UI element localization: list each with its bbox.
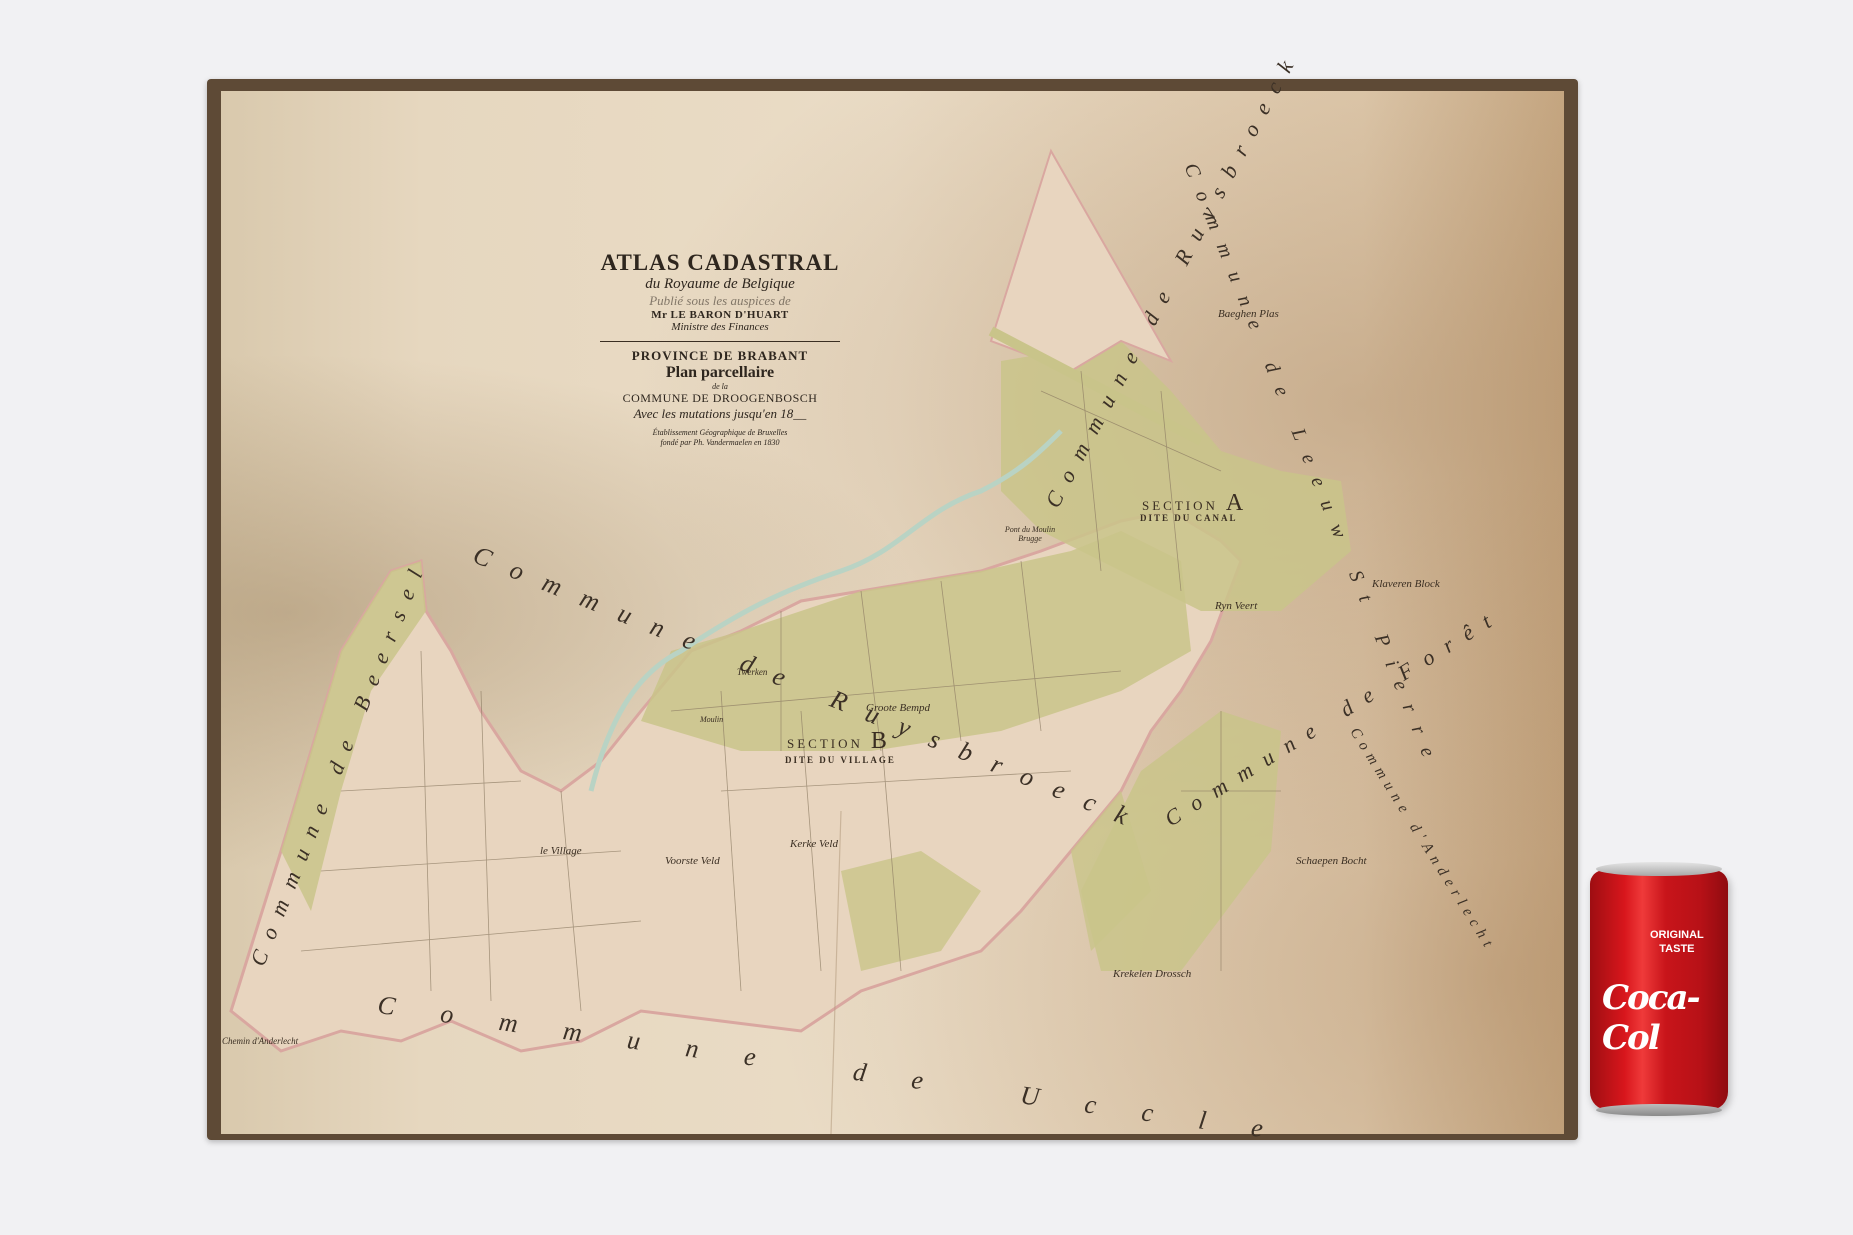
- coca-cola-can: ORIGINAL TASTE Coca-Col: [1590, 870, 1728, 1110]
- place-schaepen-bocht: Schaepen Bocht: [1296, 855, 1367, 867]
- place-krekelen-drossch: Krekelen Drossch: [1113, 968, 1191, 980]
- place-baeghen-plas: Baeghen Plas: [1218, 308, 1279, 320]
- section-b-subtitle: DITE DU VILLAGE: [785, 755, 896, 765]
- auspices-line: Publié sous les auspices de: [600, 293, 840, 309]
- can-logo: Coca-Col: [1602, 978, 1728, 1058]
- place-pont-moulin: Pont du Moulin Brugge: [1000, 525, 1060, 543]
- can-original-taste: ORIGINAL TASTE: [1650, 928, 1704, 956]
- place-moulin: Moulin: [700, 715, 723, 724]
- place-groote-bempd: Groote Bempd: [866, 702, 930, 714]
- can-base: [1596, 1104, 1722, 1116]
- place-chemin-anderlecht: Chemin d'Anderlecht: [222, 1036, 298, 1046]
- commune-title: COMMUNE DE DROOGENBOSCH: [600, 391, 840, 406]
- atlas-title: ATLAS CADASTRAL: [600, 250, 840, 276]
- place-ryn-veert: Ryn Veert: [1215, 600, 1257, 612]
- publisher-line: Établissement Géographique de Bruxelles …: [600, 428, 840, 448]
- title-cartouche: ATLAS CADASTRAL du Royaume de Belgique P…: [600, 250, 840, 448]
- place-village: le Village: [540, 845, 582, 857]
- minister-line: Ministre des Finances: [600, 321, 840, 333]
- section-a-subtitle: DITE DU CANAL: [1140, 513, 1238, 523]
- place-twerken: Twerken: [737, 667, 767, 677]
- baron-line: Mr LE BARON D'HUART: [600, 309, 840, 321]
- can-lid: [1596, 862, 1722, 876]
- mutations-line: Avec les mutations jusqu'en 18__: [600, 406, 840, 422]
- province-line: PROVINCE DE BRABANT: [600, 341, 840, 364]
- place-kerke-veld: Kerke Veld: [790, 838, 838, 850]
- place-klaveren-block: Klaveren Block: [1372, 578, 1440, 590]
- plan-of-line: de la: [600, 382, 840, 391]
- plan-title: Plan parcellaire: [600, 364, 840, 382]
- place-voorste-veld: Voorste Veld: [665, 855, 720, 867]
- kingdom-line: du Royaume de Belgique: [600, 276, 840, 293]
